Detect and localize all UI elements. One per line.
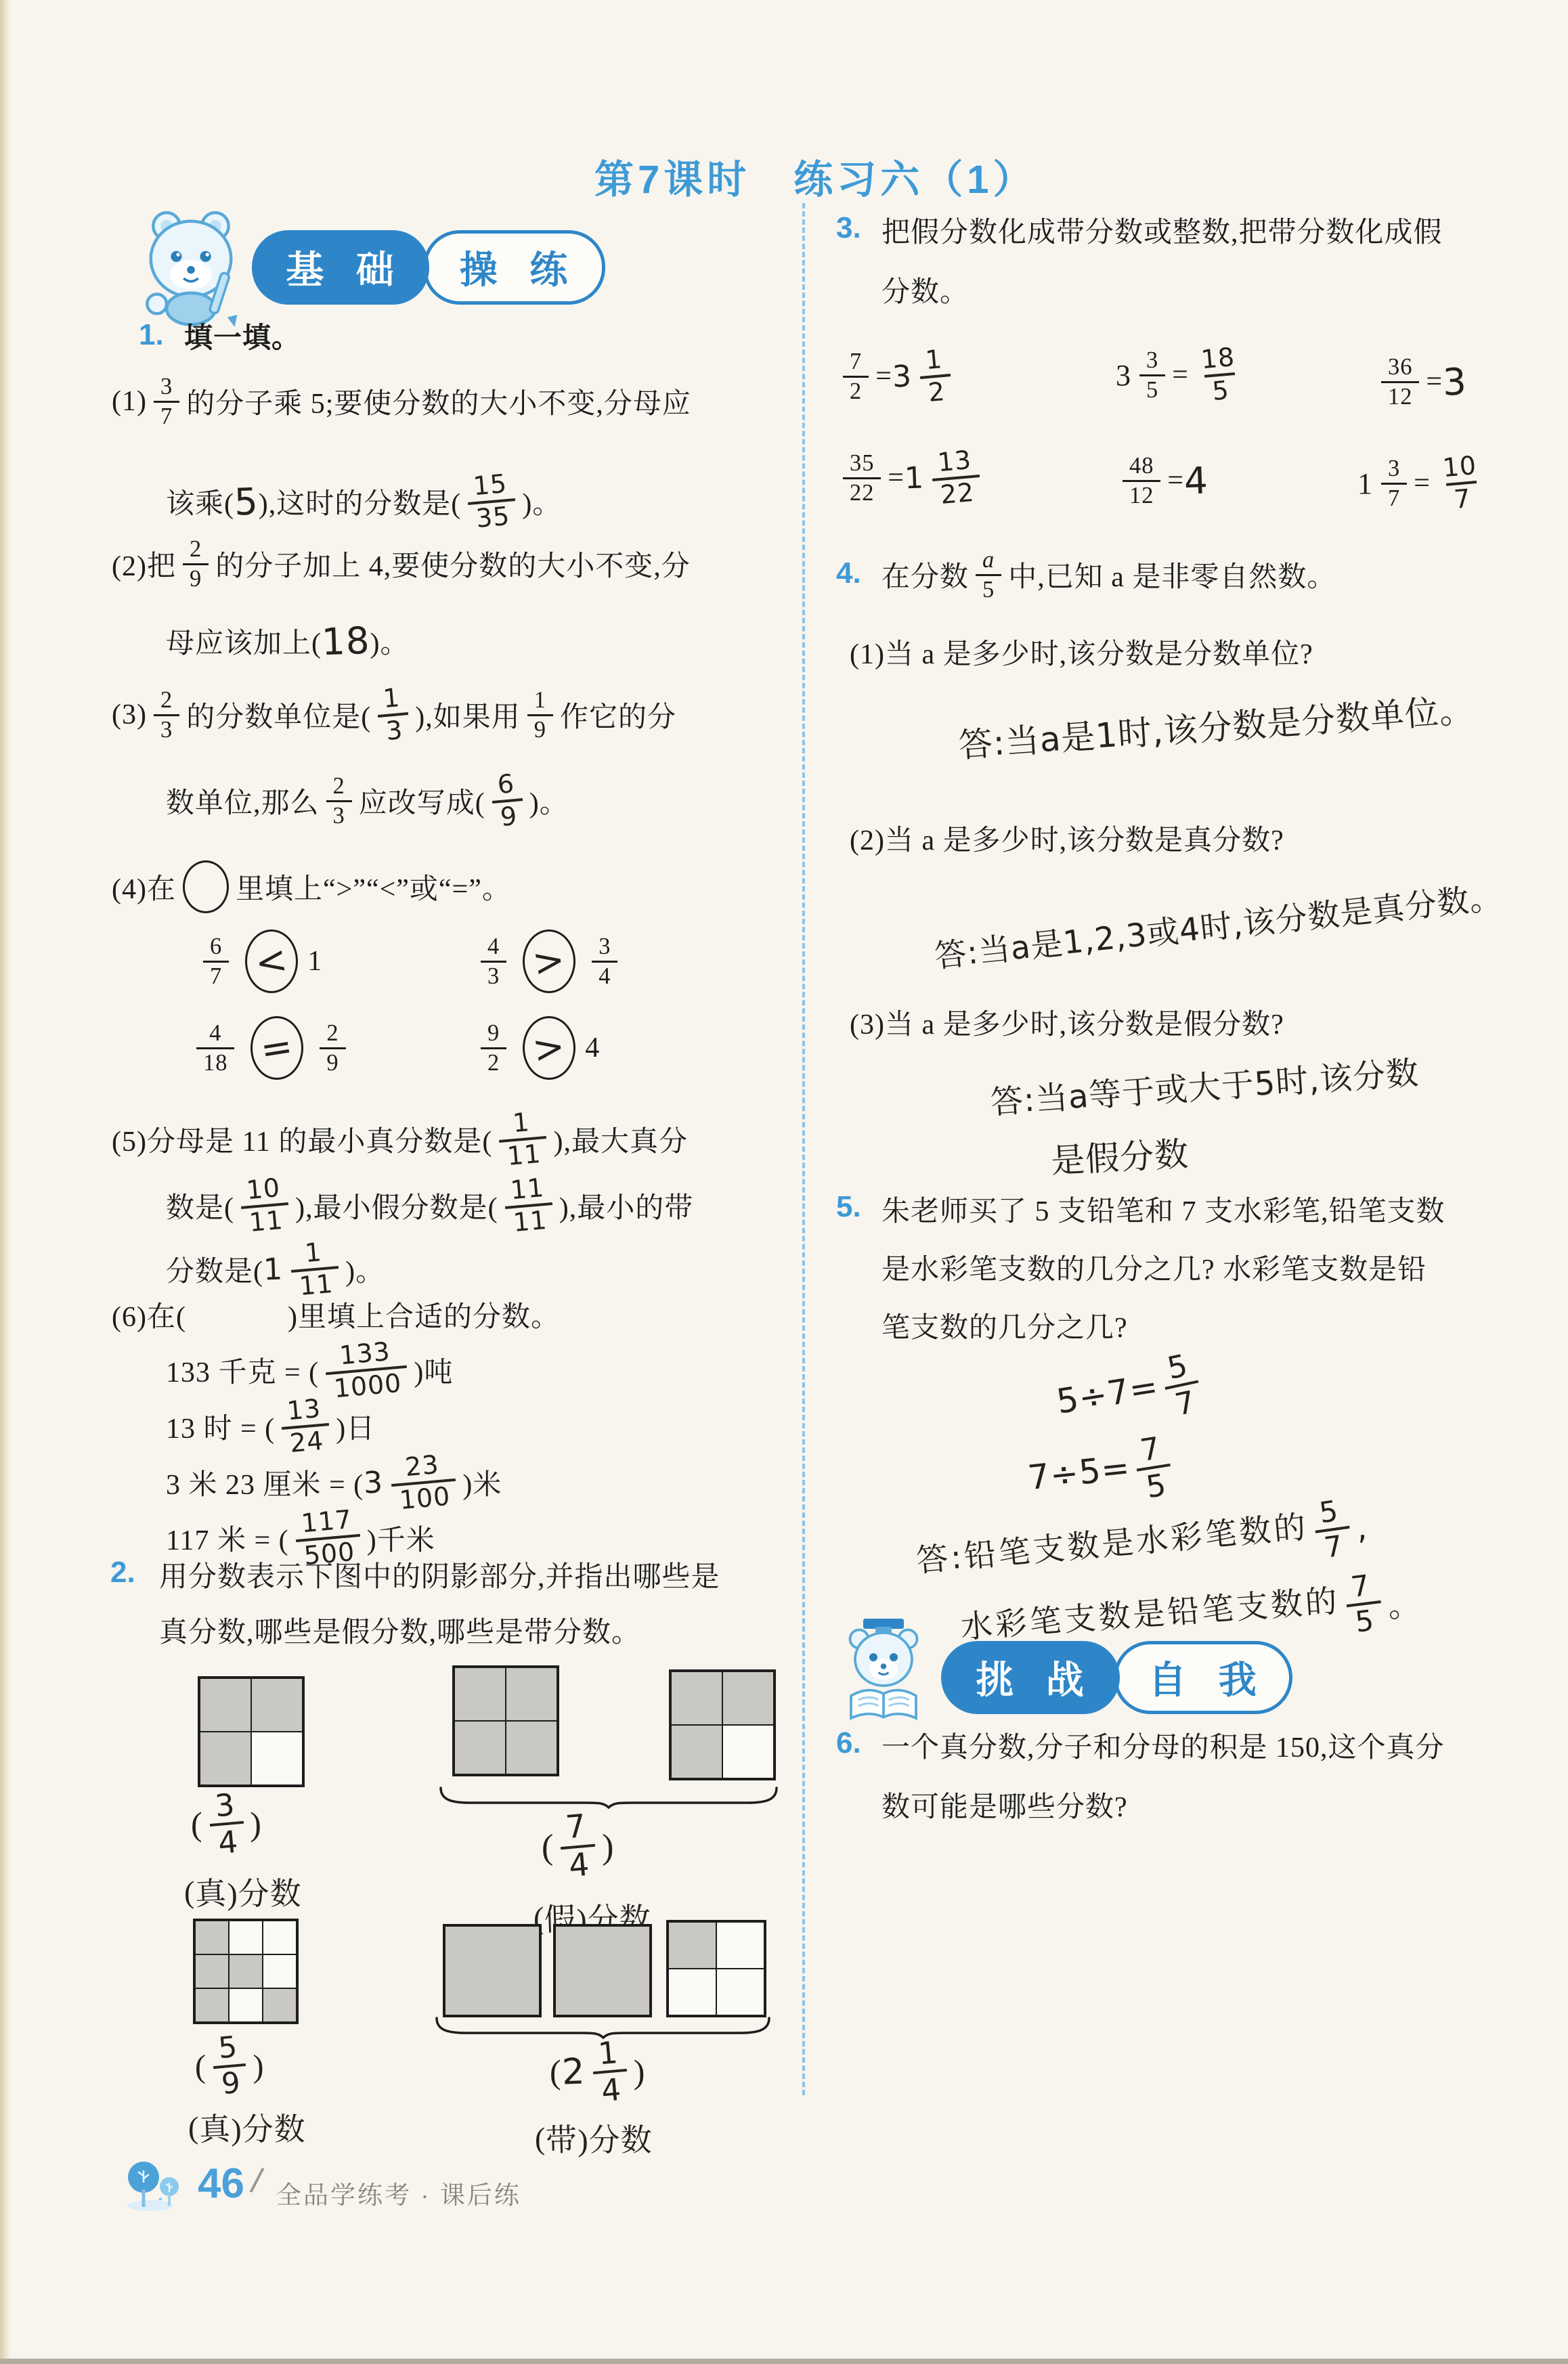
printed-text: 的分子加上 4,要使分数的大小不变,分 (215, 544, 691, 584)
comparison-circle: < (245, 929, 298, 993)
printed-fraction: 23 (326, 774, 352, 827)
q1-item4-cmp3: 418=29 (190, 1009, 353, 1087)
numerator: 3 (154, 374, 179, 400)
shaded-cell (506, 1667, 557, 1721)
printed-text: 把假分数化成带分数或整数,把带分数化成假 (881, 210, 1443, 250)
printed-text: = (1414, 467, 1431, 500)
printed-text: )。 (370, 621, 409, 661)
q1-item1-line1: (1)37的分子乘 5;要使分数的大小不变,分母应 (112, 360, 691, 443)
printed-text: ( (184, 1874, 195, 1910)
printed-text: 数是( (166, 1185, 234, 1226)
shaded-cell (445, 1926, 540, 2015)
q4-answer1-handwritten: 答:当a是1时,该分数是分数单位。 (957, 692, 1475, 759)
denominator: 9 (213, 2063, 249, 2101)
comparison-circle: > (523, 1016, 575, 1080)
handwritten-fraction: 59 (211, 2032, 249, 2101)
printed-text: 一个真分数,分子和分母的积是 150,这个真分 (881, 1725, 1445, 1766)
printed-text: ( (535, 2120, 546, 2156)
printed-text: (3) (112, 699, 147, 731)
printed-fraction: 4812 (1123, 454, 1160, 507)
handwritten-text: 4 (1183, 458, 1209, 502)
empty-cell (722, 1725, 774, 1778)
denominator: 2 (481, 1047, 506, 1075)
printed-text: (2)把 (112, 544, 176, 584)
printed-text: 数单位,那么 (166, 781, 320, 821)
q2-answer3-type: (真)分数 (188, 2096, 306, 2158)
printed-text: )分数 (227, 1869, 301, 1914)
q4-answer2-handwritten: 答:当a是1,2,3或4时,该分数是真分数。 (932, 882, 1504, 967)
numerator: 3 (1381, 456, 1407, 482)
shaded-cell (671, 1671, 722, 1725)
q3-line2: 分数。 (881, 269, 969, 310)
handwritten-fraction: 12 (917, 346, 953, 408)
q2-answer1-type: (真)分数 (184, 1860, 302, 1923)
printed-mixed-number: 137 (1357, 456, 1414, 510)
handwritten-fraction: 185 (1193, 343, 1245, 406)
handwritten-text: 是假分数 (1049, 1127, 1190, 1183)
printed-text: )。 (529, 781, 569, 821)
handwritten-fraction: 57 (1311, 1495, 1354, 1564)
q1-number: 1. (139, 318, 164, 352)
empty-cell (263, 1954, 297, 1988)
handwritten-text: 答:当a是1,2,3或4时,该分数是真分数。 (932, 872, 1504, 977)
numerator: 1 (505, 1109, 538, 1139)
badge-drill-label: 操 练 (460, 240, 579, 294)
numerator: 6 (489, 770, 523, 801)
badge-drill: 操 练 (423, 230, 605, 305)
q2-line2: 真分数,哪些是假分数,哪些是带分数。 (159, 1610, 640, 1650)
handwritten-fraction: 1322 (930, 446, 982, 509)
fraction-grid-3 (669, 1669, 776, 1780)
q4-answer3-line1-handwritten: 答:当a等于或大于5时,该分数 (989, 1054, 1420, 1116)
bear-pencil-mascot-icon (130, 202, 252, 327)
printed-text: )千米 (367, 1518, 435, 1558)
printed-fraction: 34 (592, 934, 617, 988)
numerator: 36 (1381, 355, 1419, 380)
shaded-cell (506, 1721, 557, 1774)
q6-number: 6. (836, 1726, 861, 1760)
printed-text: ) (602, 1827, 614, 1867)
denominator: 4 (592, 961, 617, 988)
bear-book-mascot-icon (833, 1617, 934, 1728)
numerator: 35 (843, 451, 881, 477)
denominator: 2 (920, 374, 953, 407)
handwritten-fraction: 1111 (502, 1174, 554, 1237)
q3-conv2: 335=185 (1116, 330, 1250, 420)
q1-item4-intro: (4)在里填上“>”“<”或“=”。 (112, 858, 511, 915)
handwritten-text: 答:当a等于或大于5时,该分数 (988, 1047, 1420, 1123)
shaded-cell (195, 1921, 229, 1954)
printed-text: = (1167, 464, 1184, 497)
numerator: 1 (375, 684, 408, 715)
fraction-grid-6 (553, 1924, 652, 2017)
shaded-cell (668, 1922, 716, 1969)
q4-sub1: (1)当 a 是多少时,该分数是分数单位? (850, 632, 1313, 672)
handwritten-mixed-number: 214 (562, 2037, 634, 2107)
handwritten-text: 7÷5= (1026, 1448, 1132, 1498)
handwritten-fraction: 111 (497, 1108, 549, 1170)
badge-challenge: 挑 战 (941, 1641, 1120, 1714)
q3-line1: 把假分数化成带分数或整数,把带分数化成假 (881, 210, 1443, 250)
printed-text: 应改写成( (359, 781, 485, 821)
denominator: 5 (1204, 372, 1237, 406)
q2-number: 2. (110, 1556, 135, 1590)
handwritten-text: 5÷7= (1054, 1367, 1162, 1422)
handwritten-comparison-sign: > (529, 937, 569, 986)
handwritten-text: 带 (545, 2115, 578, 2161)
handwritten-fraction: 69 (489, 770, 525, 832)
printed-text: 分数是( (166, 1249, 263, 1290)
whole-number: 3 (892, 359, 913, 394)
denominator: 9 (527, 714, 553, 742)
numerator: 1 (527, 688, 553, 714)
shaded-cell (671, 1725, 722, 1778)
denominator: 22 (843, 477, 881, 505)
printed-fraction: 418 (196, 1021, 234, 1074)
shaded-cell (555, 1926, 650, 2015)
q4-intro: 在分数a5中,已知 a 是非零自然数。 (881, 533, 1336, 616)
handwritten-fraction: 13 (375, 684, 411, 746)
q3-conv3: 3612=3 (1374, 337, 1467, 426)
printed-fraction: 29 (320, 1021, 345, 1074)
denominator: 11 (499, 1136, 549, 1171)
denominator: 12 (1123, 480, 1160, 508)
printed-text: = (1172, 359, 1189, 391)
denominator: 7 (1315, 1526, 1353, 1564)
shaded-cell (722, 1671, 774, 1725)
numerator: 7 (558, 1810, 595, 1847)
printed-text: )分数 (231, 2105, 305, 2149)
fraction-grid-4 (193, 1919, 299, 2024)
printed-fraction: 37 (154, 374, 179, 428)
q1-item2-line1: (2)把29的分子加上 4,要使分数的大小不变,分 (112, 523, 691, 605)
printed-text: (1) (112, 385, 147, 418)
printed-text: (6)在( (112, 1294, 186, 1335)
whole-number: 1 (1357, 466, 1373, 501)
empty-cell (668, 1969, 716, 2015)
footer-slash: / (248, 2160, 266, 2202)
denominator: 3 (154, 714, 179, 742)
denominator: 4 (593, 2069, 630, 2107)
numerator: 1 (917, 346, 951, 376)
denominator: 7 (1381, 483, 1407, 510)
printed-text: 该乘( (166, 481, 234, 522)
numerator: 6 (203, 934, 229, 960)
handwritten-fraction: 75 (1132, 1430, 1176, 1504)
handwritten-text: 。 (1386, 1579, 1424, 1626)
denominator: 4 (561, 1844, 598, 1884)
numerator: 13 (930, 446, 979, 479)
whole-number: 3 (363, 1465, 384, 1500)
numerator: 4 (481, 934, 506, 960)
fraction-grid-1 (198, 1676, 305, 1787)
numerator: 48 (1123, 454, 1160, 479)
q1-intro-text: 填一填。 (184, 315, 301, 356)
printed-fraction: 37 (1381, 456, 1407, 510)
numerator: 15 (466, 470, 515, 502)
printed-fraction: 29 (183, 537, 209, 590)
q4-number: 4. (836, 556, 861, 590)
numerator: 1 (297, 1239, 330, 1269)
printed-text: ) (250, 1804, 262, 1843)
printed-text: ( (191, 1804, 203, 1843)
q6-line2: 数可能是哪些分数? (881, 1785, 1128, 1825)
q1-item4-cmp1: 67<1 (196, 922, 322, 1001)
printed-text: )米 (462, 1462, 502, 1503)
denominator: 4 (210, 1821, 246, 1860)
shaded-cell (263, 1988, 297, 2022)
shaded-cell (195, 1988, 229, 2022)
printed-text: 是水彩笔支数的几分之几? 水彩笔支数是铅 (881, 1247, 1427, 1288)
denominator: 2 (843, 376, 869, 403)
printed-text: ),最大真分 (554, 1119, 689, 1160)
denominator: 7 (1445, 481, 1479, 514)
printed-text: 3 米 23 厘米 = ( (166, 1462, 364, 1503)
printed-text: (3)当 a 是多少时,该分数是假分数? (850, 1002, 1284, 1043)
handwritten-text: 真 (198, 2104, 232, 2150)
printed-text: 1 (307, 945, 322, 978)
printed-text: = (875, 360, 892, 393)
denominator: 7 (154, 401, 179, 429)
numerator: 7 (843, 349, 869, 375)
workbook-page: 第7课时 练习六（1） 基 础 操 练 1. 填 (0, 0, 1568, 2364)
comparison-circle: = (251, 1016, 303, 1080)
printed-text: (4)在 (112, 867, 176, 907)
q2-answer2-fraction: (74) (542, 1809, 614, 1885)
denominator: 22 (932, 475, 982, 510)
printed-text: 13 时 = ( (166, 1406, 275, 1447)
printed-text: ( (550, 2052, 562, 2091)
printed-fraction: 35 (1139, 348, 1165, 401)
numerator: 5 (1311, 1495, 1349, 1531)
printed-fraction: a5 (976, 548, 1001, 601)
q1-item6-intro: (6)在()里填上合适的分数。 (112, 1293, 560, 1336)
printed-fraction: 43 (481, 934, 506, 988)
printed-text: 的分子乘 5;要使分数的大小不变,分母应 (186, 381, 691, 422)
numerator: 3 (1139, 348, 1165, 374)
handwritten-text: 水彩笔支数是铅笔支数的 (959, 1575, 1341, 1647)
q5-line1: 朱老师买了 5 支铅笔和 7 支水彩笔,铅笔支数 (881, 1189, 1445, 1229)
handwritten-comparison-sign: > (529, 1024, 569, 1072)
denominator: 7 (1165, 1380, 1206, 1422)
q5-work1-handwritten: 5÷7=57 (1052, 1345, 1210, 1437)
handwritten-fraction: 107 (1435, 452, 1487, 515)
printed-text: )。 (345, 1249, 385, 1290)
page-title: 第7课时 练习六（1） (594, 148, 1037, 204)
printed-text: 在分数 (881, 554, 969, 595)
printed-text: 中,已知 a 是非零自然数。 (1008, 554, 1336, 595)
denominator: 5 (1347, 1600, 1385, 1638)
numerator: a (976, 548, 1001, 573)
empty-cell (229, 1921, 263, 1954)
shaded-cell (229, 1954, 263, 1988)
handwritten-mixed-number: 1111 (263, 1240, 345, 1298)
printed-text: ),最小假分数是( (295, 1185, 498, 1226)
q1-item5-line1: (5)分母是 11 的最小真分数是(111),最大真分 (112, 1102, 688, 1177)
printed-text: 数可能是哪些分数? (881, 1785, 1128, 1825)
book-title: 全品学练考 · 课后练 (276, 2174, 521, 2211)
denominator: 5 (1137, 1464, 1175, 1504)
numerator: 18 (1193, 343, 1242, 376)
numerator: 13 (280, 1395, 329, 1427)
q4-answer3-line2-handwritten: 是假分数 (1050, 1129, 1189, 1181)
handwritten-fraction: 111 (288, 1238, 341, 1300)
numerator: 1 (590, 2036, 627, 2072)
printed-fraction: 67 (203, 934, 229, 988)
printed-text: 4 (585, 1032, 600, 1064)
printed-fraction: 3612 (1381, 355, 1419, 408)
denominator: 11 (505, 1202, 555, 1238)
q1-item3-line2: 数单位,那么23应改写成(69)。 (166, 760, 569, 842)
printed-text: 朱老师买了 5 支铅笔和 7 支水彩笔,铅笔支数 (881, 1189, 1445, 1229)
q5-line2: 是水彩笔支数的几分之几? 水彩笔支数是铅 (881, 1247, 1427, 1288)
shaded-cell (195, 1954, 229, 1988)
printed-fraction: 72 (843, 349, 869, 403)
printed-text: 133 千克 = ( (166, 1350, 319, 1391)
printed-text: 分数。 (881, 269, 969, 310)
numerator: 7 (1132, 1430, 1171, 1468)
handwritten-text: 真 (194, 1868, 227, 1914)
printed-fraction: 3522 (843, 451, 881, 504)
printed-text: )。 (522, 481, 561, 522)
numerator: 10 (238, 1174, 288, 1206)
denominator: 7 (203, 961, 229, 988)
numerator: 7 (1343, 1569, 1380, 1604)
q1-item3-line1: (3)23的分数单位是(13),如果用19作它的分 (112, 674, 676, 756)
shaded-cell (251, 1678, 303, 1732)
q3-conv4: 3522=11322 (836, 433, 986, 523)
empty-cell (716, 1922, 764, 1969)
handwritten-fraction: 34 (206, 1788, 246, 1860)
numerator: 9 (481, 1021, 506, 1047)
printed-text: ( (188, 2109, 199, 2145)
numerator: 4 (202, 1021, 228, 1047)
numerator: 10 (1435, 452, 1484, 484)
printed-text: ( (542, 1827, 554, 1867)
denominator: 3 (378, 712, 411, 745)
printed-fraction: 19 (527, 688, 553, 741)
handwritten-fraction: 75 (1343, 1569, 1385, 1638)
printed-text: )分数 (578, 2116, 652, 2160)
q5-work2-handwritten: 7÷5=75 (1025, 1428, 1179, 1513)
denominator: 18 (196, 1047, 234, 1075)
badge-challenge-label: 挑 战 (976, 1650, 1095, 1705)
empty-cell (716, 1969, 764, 2015)
printed-text: )日 (336, 1406, 375, 1447)
q3-conv1: 72=312 (836, 332, 957, 421)
numerator: 3 (206, 1788, 243, 1824)
q1-intro: 填一填。 (184, 315, 301, 356)
badge-basic-label: 基 础 (286, 240, 405, 294)
printed-text: 作它的分 (560, 695, 676, 735)
badge-self-label: 自 我 (1148, 1650, 1267, 1705)
printed-text: = (888, 462, 905, 494)
handwritten-comparison-sign: = (258, 1024, 297, 1072)
denominator: 5 (976, 574, 1001, 602)
numerator: 23 (397, 1451, 447, 1483)
q3-conv6: 137=107 (1357, 439, 1491, 528)
printed-mixed-number: 335 (1116, 348, 1172, 401)
q2-answer4-type: (带)分数 (535, 2107, 653, 2169)
numerator: 11 (502, 1174, 552, 1206)
handwritten-text: 5 (234, 479, 259, 523)
handwritten-mixed-number: 312 (892, 347, 957, 406)
whole-number: 1 (904, 460, 925, 496)
q1-item4-cmp4: 92>4 (474, 1009, 600, 1087)
shaded-cell (454, 1667, 506, 1721)
printed-text: (1)当 a 是多少时,该分数是分数单位? (850, 632, 1313, 672)
handwritten-text: 答:当a是1时,该分数是分数单位。 (957, 683, 1475, 768)
handwritten-fraction: 74 (558, 1810, 598, 1884)
handwritten-mixed-number: 11322 (905, 448, 986, 507)
denominator: 9 (183, 563, 209, 591)
numerator: 2 (183, 537, 209, 563)
badge-self: 自 我 (1114, 1641, 1292, 1714)
q4-sub3: (3)当 a 是多少时,该分数是假分数? (850, 1002, 1284, 1043)
denominator: 12 (1381, 381, 1419, 409)
printed-text: 117 米 = ( (166, 1518, 289, 1558)
handwritten-text: 3 (1442, 359, 1468, 403)
empty-cell (229, 1988, 263, 2022)
numerator: 2 (326, 774, 352, 800)
printed-fraction: 23 (154, 688, 179, 741)
denominator: 9 (492, 798, 525, 831)
whole-number: 2 (561, 2051, 586, 2093)
printed-text: 用分数表示下图中的阴影部分,并指出哪些是 (159, 1554, 720, 1595)
printed-text: (2)当 a 是多少时,该分数是真分数? (850, 818, 1284, 858)
page-left-edge (0, 0, 11, 2364)
badge-basic: 基 础 (252, 230, 429, 305)
handwritten-text: , (1355, 1509, 1371, 1547)
q6-line1: 一个真分数,分子和分母的积是 150,这个真分 (881, 1725, 1445, 1766)
printed-text: ) (634, 2052, 646, 2091)
numerator: 3 (592, 934, 617, 960)
comparison-circle: > (523, 929, 575, 993)
printed-text: ( (195, 2048, 206, 2085)
printed-circle-placeholder (183, 860, 229, 913)
fraction-grid-7 (666, 1920, 766, 2017)
denominator: 3 (481, 961, 506, 988)
handwritten-text: 18 (321, 619, 371, 663)
handwritten-fraction: 1011 (238, 1174, 290, 1237)
fraction-grid-2 (452, 1665, 559, 1776)
page-bottom-edge (0, 2359, 1568, 2364)
whole-number: 3 (1116, 358, 1131, 393)
printed-text: ) (253, 2048, 264, 2085)
printed-text: ),如果用 (415, 695, 521, 735)
column-divider (802, 203, 805, 2095)
handwritten-comparison-sign: < (252, 937, 291, 986)
printed-text: ),最小的带 (559, 1185, 694, 1226)
printed-text: 母应该加上( (166, 621, 322, 661)
denominator: 9 (320, 1047, 345, 1075)
q1-item2-line2: 母应该加上(18)。 (166, 604, 409, 678)
q3-number: 3. (836, 211, 861, 245)
handwritten-text: 答:铅笔支数是水彩笔数的 (914, 1502, 1309, 1581)
fraction-grid-5 (443, 1924, 542, 2017)
printed-text: 的分数单位是( (186, 695, 371, 735)
numerator: 2 (320, 1021, 345, 1047)
page-number: 46 (198, 2160, 244, 2208)
q3-conv5: 4812=4 (1116, 436, 1208, 525)
shaded-cell (454, 1721, 506, 1774)
printed-text: (5)分母是 11 的最小真分数是( (112, 1119, 492, 1160)
empty-cell (251, 1732, 303, 1785)
q2-answer1-fraction: (34) (191, 1786, 262, 1862)
shaded-cell (200, 1732, 251, 1785)
empty-cell (263, 1921, 297, 1954)
q2-answer3-fraction: (59) (195, 2031, 264, 2101)
